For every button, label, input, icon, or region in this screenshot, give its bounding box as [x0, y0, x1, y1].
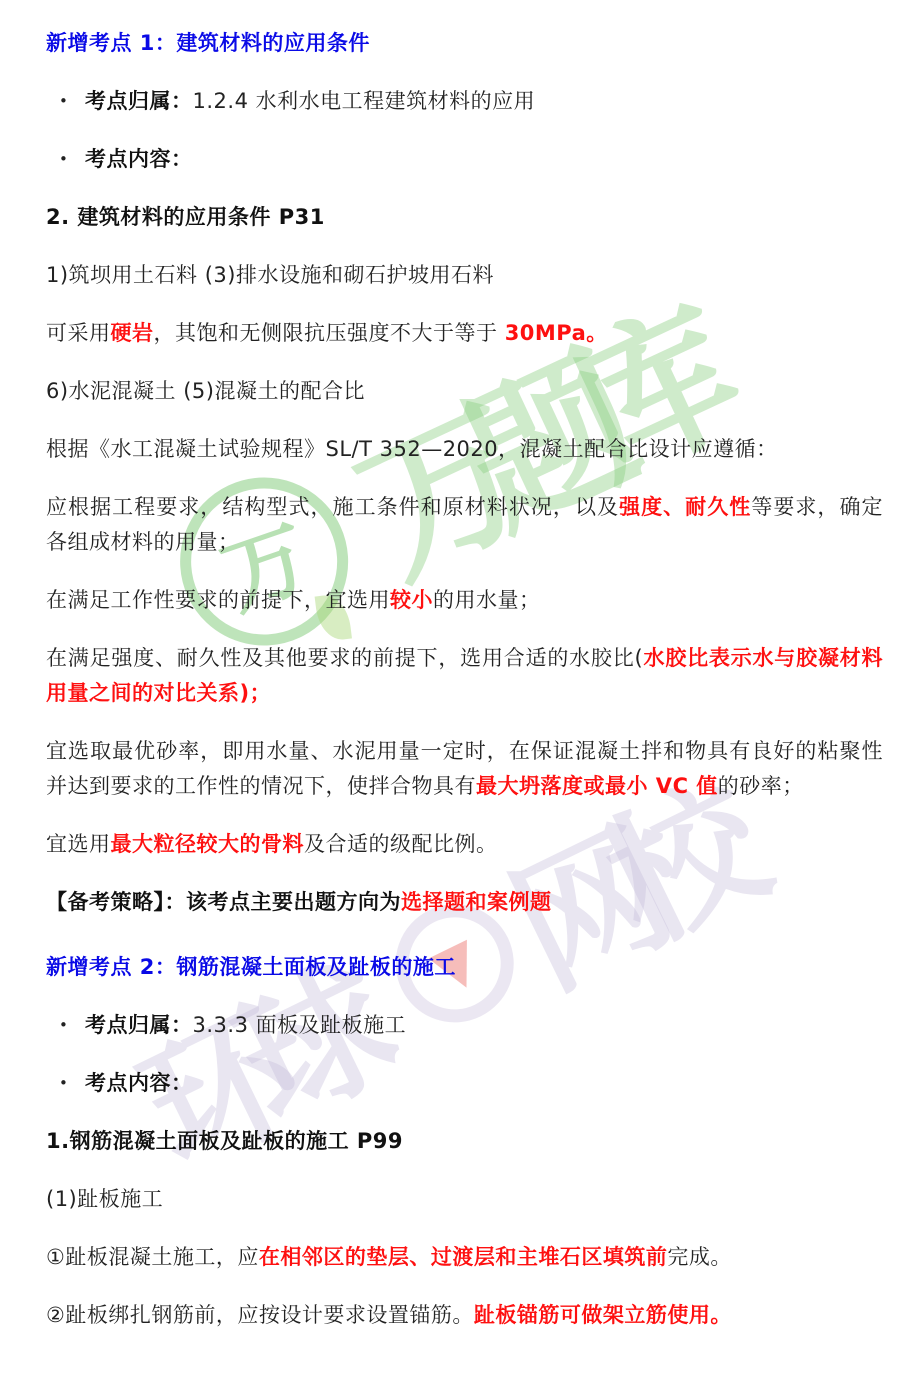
text-segment: 【备考策略】：该考点主要出题方向为: [46, 890, 401, 914]
text-segment: 2. 建筑材料的应用条件 P31: [46, 205, 325, 229]
para-optimal-sand-ratio: 宜选取最优砂率，即用水量、水泥用量一定时，在保证混凝土拌和物具有良好的粘聚性并达…: [46, 734, 883, 804]
text-segment: 新增考点 2：钢筋混凝土面板及趾板的施工: [46, 955, 456, 979]
para-cement-concrete: 6)水泥混凝土 (5)混凝土的配合比: [46, 374, 883, 409]
text-segment: 在满足强度、耐久性及其他要求的前提下，选用合适的水胶比(: [46, 646, 643, 670]
text-segment: 最大粒径较大的骨料: [111, 832, 305, 856]
text-segment: 宜选用: [46, 832, 111, 856]
text-segment: 考点内容：: [85, 147, 193, 171]
text-segment: 强度、耐久性: [619, 495, 751, 519]
text-segment: 选择题和案例题: [401, 890, 552, 914]
para-strength-durability: 应根据工程要求，结构型式，施工条件和原材料状况，以及强度、耐久性等要求，确定各组…: [46, 490, 883, 560]
text-segment: ①趾板混凝土施工，应: [46, 1245, 259, 1269]
document-page: 万 万题库 环球 ▼ 网校 新增考点 1：建筑材料的应用条件•考点归属：1.2.…: [0, 0, 923, 1400]
bullet-icon: •: [59, 142, 68, 177]
text-segment: 可采用: [46, 321, 111, 345]
para-hard-rock: 可采用硬岩，其饱和无侧限抗压强度不大于等于 30MPa。: [46, 316, 883, 351]
text-segment: 最大坍落度或最小 VC 值: [476, 774, 718, 798]
text-segment: 较小: [390, 588, 433, 612]
text-segment: 的用水量；: [433, 588, 541, 612]
text-segment: 考点归属：: [85, 89, 193, 113]
new-point-1-heading: 新增考点 1：建筑材料的应用条件: [46, 26, 883, 61]
text-segment: ②趾板绑扎钢筋前，应按设计要求设置锚筋。: [46, 1303, 474, 1327]
text-segment: 6)水泥混凝土 (5)混凝土的配合比: [46, 379, 365, 403]
text-segment: 1.钢筋混凝土面板及趾板的施工 P99: [46, 1129, 403, 1153]
bullet-icon: •: [59, 84, 68, 119]
bullet-icon: •: [59, 1066, 68, 1101]
para-water-amount: 在满足工作性要求的前提下，宜选用较小的用水量；: [46, 583, 883, 618]
para-toe-slab-title: (1)趾板施工: [46, 1182, 883, 1217]
point1-attribution: •考点归属：1.2.4 水利水电工程建筑材料的应用: [46, 84, 883, 119]
para-aggregate-size: 宜选用最大粒径较大的骨料及合适的级配比例。: [46, 827, 883, 862]
text-segment: 硬岩: [111, 321, 154, 345]
text-segment: 在相邻区的垫层、过渡层和主堆石区填筑前: [259, 1245, 668, 1269]
point2-attribution: •考点归属：3.3.3 面板及趾板施工: [46, 1008, 883, 1043]
point1-content-label: •考点内容：: [46, 142, 883, 177]
para-toe-slab-rebar: ②趾板绑扎钢筋前，应按设计要求设置锚筋。趾板锚筋可做架立筋使用。: [46, 1298, 883, 1333]
text-segment: 1)筑坝用土石料 (3)排水设施和砌石护坡用石料: [46, 263, 494, 287]
text-segment: 应根据工程要求，结构型式，施工条件和原材料状况，以及: [46, 495, 619, 519]
text-segment: 3.3.3 面板及趾板施工: [193, 1013, 407, 1037]
subheading-panel-toe-slab: 1.钢筋混凝土面板及趾板的施工 P99: [46, 1124, 883, 1159]
new-point-2-heading: 新增考点 2：钢筋混凝土面板及趾板的施工: [46, 950, 883, 985]
document-content: 新增考点 1：建筑材料的应用条件•考点归属：1.2.4 水利水电工程建筑材料的应…: [0, 0, 923, 1333]
text-segment: 完成。: [667, 1245, 732, 1269]
para-toe-slab-concrete: ①趾板混凝土施工，应在相邻区的垫层、过渡层和主堆石区填筑前完成。: [46, 1240, 883, 1275]
para-exam-strategy: 【备考策略】：该考点主要出题方向为选择题和案例题: [46, 885, 883, 920]
text-segment: 考点内容：: [85, 1071, 193, 1095]
text-segment: 考点归属：: [85, 1013, 193, 1037]
point2-content-label: •考点内容：: [46, 1066, 883, 1101]
text-segment: 的砂率；: [718, 774, 804, 798]
para-water-binder-ratio: 在满足强度、耐久性及其他要求的前提下，选用合适的水胶比(水胶比表示水与胶凝材料用…: [46, 641, 883, 711]
text-segment: 及合适的级配比例。: [304, 832, 498, 856]
bullet-icon: •: [59, 1008, 68, 1043]
subheading-application-conditions: 2. 建筑材料的应用条件 P31: [46, 200, 883, 235]
text-segment: 趾板锚筋可做架立筋使用。: [474, 1303, 732, 1327]
text-segment: 根据《水工混凝土试验规程》SL/T 352—2020，混凝土配合比设计应遵循：: [46, 437, 778, 461]
para-specification: 根据《水工混凝土试验规程》SL/T 352—2020，混凝土配合比设计应遵循：: [46, 432, 883, 467]
text-segment: 30MPa。: [505, 321, 608, 345]
text-segment: 新增考点 1：建筑材料的应用条件: [46, 31, 370, 55]
para-earth-rock-material: 1)筑坝用土石料 (3)排水设施和砌石护坡用石料: [46, 258, 883, 293]
text-segment: ，其饱和无侧限抗压强度不大于等于: [154, 321, 505, 345]
text-segment: 在满足工作性要求的前提下，宜选用: [46, 588, 390, 612]
text-segment: (1)趾板施工: [46, 1187, 163, 1211]
text-segment: 1.2.4 水利水电工程建筑材料的应用: [193, 89, 536, 113]
